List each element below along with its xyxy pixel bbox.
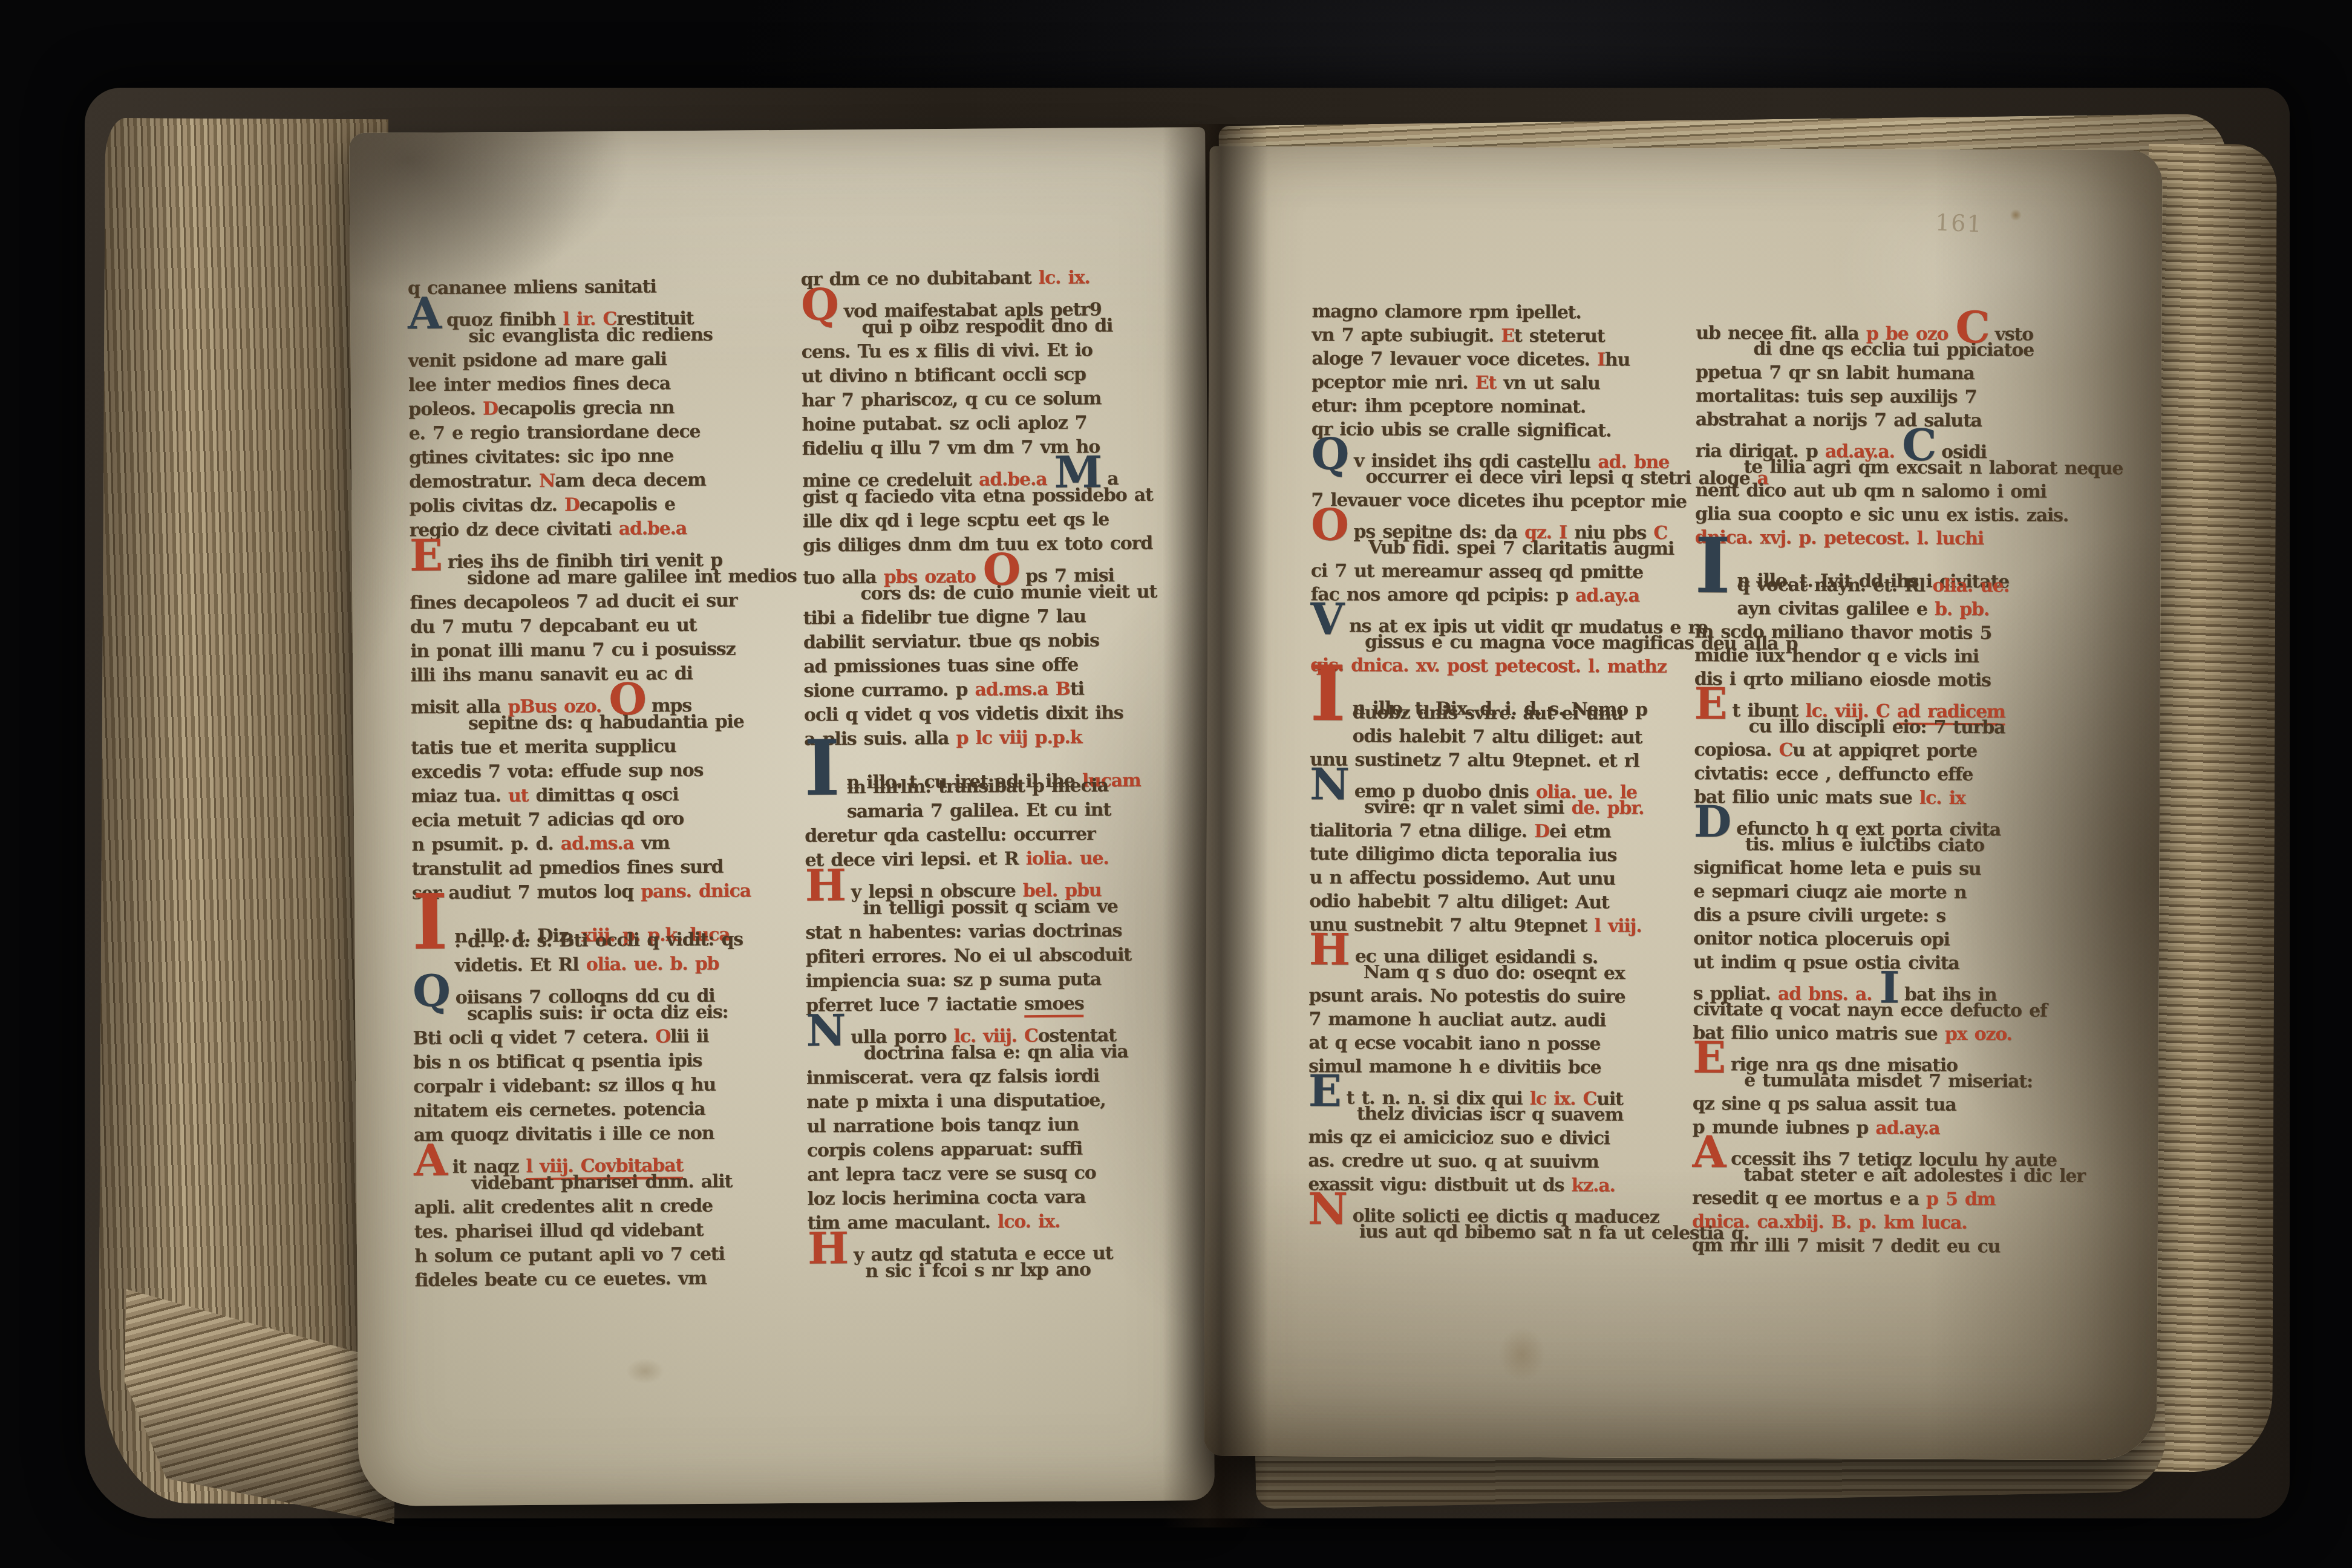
text-run: Et [1475, 372, 1496, 393]
manuscript-line: e. 7 e regio transiordane dece [408, 420, 759, 447]
text-run: fines decapoleos 7 ad ducit ei sur [410, 590, 737, 614]
text-run: n psumit. p. d. [411, 834, 561, 856]
manuscript-line: as. credre ut suo. q at suuivm [1308, 1150, 1695, 1175]
illuminated-initial: E [410, 529, 442, 581]
text-run: olia. ue. b. pb [586, 953, 719, 976]
text-run: vm [634, 832, 670, 854]
text-run: ti [1070, 679, 1084, 700]
manuscript-line: dis i qrto miliano eiosde motis [1694, 668, 2057, 694]
manuscript-line: pferret luce 7 iactatie smoes [806, 992, 1196, 1019]
manuscript-line: qr icio ubis se cralle significat. [1312, 419, 1699, 444]
manuscript-line: unu sustinetz 7 altu 9tepnet. et rl [1310, 749, 1697, 774]
manuscript-line: Hy autz qd statuta e ecce ut [808, 1234, 1198, 1261]
text-run: corpalr i videbant: sz illos q hu [413, 1074, 716, 1097]
text-run: 7 mamone h aucliat autz. audi [1308, 1008, 1606, 1031]
manuscript-line: s ppliat. ad bns. a. Ibat ihs in [1693, 975, 2056, 1001]
text-run: vn ut salu [1496, 373, 1600, 394]
manuscript-line: unu sustnebit 7 altu 9tepnet l viij. [1309, 914, 1696, 939]
text-run: civitate q vocat nayn ecce defucto ef [1693, 999, 2047, 1022]
text-run: cu illo discipli eio: 7 turba [1748, 716, 2005, 738]
manuscript-line: etur: ihm pceptore nominat. [1312, 395, 1699, 420]
text-run: excedis 7 vota: effude sup nos [411, 760, 703, 783]
manuscript-line: e sepmari ciuqz aie morte n [1693, 881, 2056, 906]
text-run: deretur qda castellu: occurrer [805, 823, 1095, 846]
manuscript-line: qis. dnica. xv. post petecost. l. mathz [1310, 655, 1697, 680]
manuscript-line: civtatis: ecce , deffuncto effe [1694, 763, 2057, 788]
text-run: Nam q s duo do: oseqnt ex [1364, 962, 1625, 984]
text-run: onitor notica ploceruis opi [1693, 928, 1950, 950]
text-run: fideles beate cu ce euetes. vm [414, 1268, 707, 1291]
manuscript-line: nitatem eis cernetes. potencia [413, 1098, 764, 1125]
text-run: demostratur. [409, 471, 539, 492]
text-run: abstrahat a norijs 7 ad saluta [1696, 409, 1982, 431]
manuscript-line: tes. pharisei illud qd videbant [414, 1219, 765, 1246]
text-run: dnica. ca.xbij. B. p. km luca. [1692, 1211, 1967, 1233]
text-run: ecia metuit 7 adicias qd oro [411, 808, 684, 831]
manuscript-line: fac nos amore qd pcipis: p ad.ay.a [1310, 584, 1697, 609]
text-run: ecapolis grecia nn [498, 397, 675, 419]
manuscript-line: regio dz dece civitati ad.be.a [410, 517, 760, 544]
manuscript-line: du 7 mutu 7 depcabant eu ut [410, 614, 761, 641]
illuminated-initial: I [1310, 648, 1345, 738]
manuscript-line: qz sine q ps salua assit tua [1693, 1093, 2056, 1119]
manuscript-line: civitate q vocat nayn ecce defucto ef [1693, 999, 2056, 1024]
manuscript-line: ser audiut 7 mutos loq pans. dnica [412, 880, 763, 907]
manuscript-line: in scdo miliano thavor motis 5 [1694, 621, 2057, 647]
manuscript-line: et dece viri lepsi. et R iolia. ue. [805, 847, 1195, 874]
manuscript-line: miaz tua. ut dimittas q osci [411, 783, 762, 810]
text-run: D [564, 494, 580, 515]
text-run: thelz divicias iscr q suavem [1357, 1103, 1623, 1126]
text-run: qm mr illi 7 misit 7 dedit eu cu [1692, 1235, 2000, 1257]
manuscript-line: u n affectu possidemo. Aut unu [1309, 867, 1696, 892]
manuscript-line: dnica. ca.xbij. B. p. km luca. [1692, 1211, 2055, 1236]
manuscript-line: hoine putabat. sz ocli aploz 7 [802, 411, 1192, 439]
manuscript-line: impiencia sua: sz p suma puta [806, 968, 1196, 995]
text-run: pans. dnica [641, 880, 751, 902]
text-run: dnica. xvj. p. petecost. l. luchi [1695, 527, 1984, 549]
manuscript-text-column-2: qr dm ce no dubitabant lc. ix.Qvod maife… [801, 266, 1198, 1297]
manuscript-line: exassit vigu: distbuit ut ds kz.a. [1308, 1174, 1695, 1199]
text-run: nitatem eis cernetes. potencia [413, 1099, 705, 1122]
text-run: corpis colens apparuat: suffi [807, 1138, 1082, 1161]
illuminated-initial: A [1692, 1126, 1725, 1177]
manuscript-line: Et ibunt lc. viij. C ad radicem [1694, 692, 2057, 717]
manuscript-line: thelz divicias iscr q suavem [1308, 1103, 1696, 1128]
manuscript-text-column-1: q cananee mliens sanitatiAquoz finibh l … [408, 275, 766, 1318]
text-run: px ozo. [1945, 1024, 2012, 1045]
manuscript-text-column-3: magno clamore rpm ipellet.vn 7 apte subi… [1308, 301, 1699, 1258]
manuscript-line: ci 7 ut mereamur asseq qd pmitte [1311, 560, 1698, 586]
text-run: iolia. ue. [1025, 848, 1108, 869]
manuscript-line: bat filio unic mats sue lc. ix [1694, 786, 2057, 812]
text-run: D [1534, 821, 1549, 842]
illuminated-initial: I [804, 723, 840, 812]
text-run: lee inter medios fines deca [408, 373, 670, 396]
text-run: O [655, 1026, 670, 1047]
manuscript-line: In illo. t. Dix. d. i. d. s. Nemo p [1310, 678, 1697, 704]
text-run: ecapolis e [580, 494, 675, 515]
text-run: at q ecse vocabit iano n posse [1308, 1032, 1600, 1054]
illuminated-initial: C [1902, 419, 1936, 471]
illuminated-initial: E [1694, 678, 1727, 729]
text-run: in scdo miliano thavor motis 5 [1694, 621, 1991, 644]
manuscript-line: onitor notica ploceruis opi [1693, 928, 2056, 953]
manuscript-line: Hy lepsi n obscure bel. pbu [805, 871, 1195, 898]
text-run: am deca decem [555, 469, 706, 492]
manuscript-line: ecia metuit 7 adicias qd oro [411, 808, 762, 834]
text-run: qz sine q ps salua assit tua [1693, 1093, 1956, 1116]
text-run: tute diligimo dicta teporalia ius [1310, 843, 1617, 866]
text-run: bat filio unico matris sue [1693, 1022, 1945, 1045]
manuscript-line: lee inter medios fines deca [408, 372, 759, 399]
text-run: apli. alit credentes alit n crede [414, 1195, 713, 1218]
text-run: I [1597, 349, 1605, 370]
text-run: e tumulata misdet 7 miseriat: [1744, 1070, 2033, 1092]
manuscript-line: magno clamore rpm ipellet. [1312, 301, 1699, 326]
manuscript-line: simul mamone h e divitiis bce [1308, 1056, 1696, 1081]
manuscript-line: dis a psure civili urgete: s [1693, 904, 2056, 930]
manuscript-line: polis civitas dz. Decapolis e [409, 493, 760, 520]
left-page: q cananee mliens sanitatiAquoz finibh l … [349, 127, 1215, 1506]
manuscript-line: venit psidone ad mare gali [408, 348, 759, 374]
text-run: ad pmissiones tuas sine offe [803, 655, 1078, 678]
text-run: etur: ihm pceptore nominat. [1312, 395, 1586, 417]
manuscript-line: tatis tue et merita supplicu [411, 735, 762, 762]
text-run: tatis tue et merita supplicu [411, 736, 676, 759]
manuscript-line: fideles beate cu ce euetes. vm [414, 1267, 765, 1294]
text-run: impiencia sua: sz p suma puta [806, 969, 1101, 991]
manuscript-line: tabat steter e ait adolestes i dic ler [1692, 1164, 2055, 1189]
manuscript-line: nent dico aut ub qm n salomo i omi [1695, 480, 2058, 505]
illuminated-initial: H [808, 1222, 848, 1273]
text-run: miaz tua. [411, 785, 508, 807]
text-run: tibi a fidelibr tue digne 7 lau [803, 606, 1086, 629]
text-run: qis. dnica. xv. post petecost. l. mathz [1310, 655, 1667, 678]
manuscript-line: glia sua coopto e sic unu ex istis. zais… [1695, 503, 2058, 529]
text-run: kz.a. [1571, 1175, 1615, 1196]
manuscript-line: Defuncto h q ext porta civita [1694, 810, 2057, 835]
stain [2008, 207, 2024, 223]
text-run: q cananee mliens sanitati [408, 276, 656, 299]
manuscript-line: mine ce credeluit ad.be.a Ma [802, 460, 1192, 487]
text-run: as. credre ut suo. q at suuivm [1308, 1150, 1598, 1172]
manuscript-line: ant lepra tacz vere se susq co [807, 1161, 1197, 1189]
text-run: qr icio ubis se cralle significat. [1312, 419, 1612, 441]
manuscript-text-column-4: ub necee fit. alla p be ozo Cvstodi dne … [1692, 315, 2059, 1272]
illuminated-initial: M [1054, 446, 1102, 498]
illuminated-initial: V [1310, 593, 1344, 644]
text-run: svire: qr n valet simi [1364, 797, 1572, 818]
manuscript-line: Eries ihs de finibh tiri venit p [410, 541, 760, 568]
manuscript-line: ul narratione bois tanqz iun [806, 1113, 1197, 1140]
text-run: sidone ad mare galilee int medios [467, 566, 796, 589]
text-run: tes. pharisei illud qd videbant [414, 1220, 704, 1243]
manuscript-line: Aquoz finibh l ir. Crestituit [408, 299, 759, 326]
manuscript-line: dabilit serviatur. tbue qs nobis [803, 629, 1194, 656]
manuscript-line: aloge 7 levauer voce dicetes. Ihu [1312, 348, 1699, 373]
text-run: N [539, 471, 555, 492]
manuscript-line: Nolite solicti ee dictis q maducez [1308, 1197, 1695, 1223]
manuscript-line: 7 mamone h aucliat autz. audi [1308, 1008, 1696, 1034]
manuscript-line: psunt arais. No potestis do suire [1309, 985, 1696, 1010]
manuscript-line: fideliu q illu 7 vm dm 7 vm ho [802, 436, 1192, 463]
text-run: u at appiqret porte [1792, 740, 1977, 762]
folio-number: 161 [1935, 209, 1983, 237]
text-run: D [483, 398, 498, 419]
manuscript-line: cens. Tu es x filis di vivi. Et io [802, 339, 1192, 366]
text-run: sione curramo. p [803, 679, 975, 702]
text-run: doctrina falsa e: qn alia via [864, 1041, 1128, 1064]
manuscript-line: videtis. Et Rl olia. ue. b. pb [413, 953, 763, 979]
text-run: qui p oibz respodit dno di [861, 315, 1112, 338]
manuscript-line: corpalr i videbant: sz illos q hu [413, 1074, 764, 1100]
manuscript-line: ocli q videt q vos videtis dixit ihs [804, 702, 1194, 729]
text-run: in telligi possit q sciam ve [863, 896, 1118, 919]
text-run: significat home leta e puis su [1693, 857, 1981, 880]
text-run: ci 7 ut mereamur asseq qd pmitte [1311, 560, 1643, 583]
manuscript-line: ille dix qd i lege scptu eet qs le [802, 508, 1192, 535]
text-run: illi ihs manu sanavit eu ac di [410, 663, 693, 686]
page-stack-right-edge [2144, 144, 2277, 1472]
text-run: hoine putabat. sz ocli aploz 7 [802, 412, 1086, 435]
text-run: ad.be.a [618, 518, 687, 540]
illuminated-initial: I [1694, 521, 1730, 610]
manuscript-line: stat n habentes: varias doctrinas [805, 920, 1195, 947]
text-run: exassit vigu: distbuit ut ds [1308, 1174, 1571, 1196]
text-run: du 7 mutu 7 depcabant eu ut [410, 615, 697, 638]
manuscript-line: midie iux hendor q e vicls ini [1694, 645, 2057, 670]
manuscript-line: pfiteri errores. No ei ul abscoduit [806, 944, 1196, 971]
manuscript-line: samaria 7 galilea. Et cu int [805, 799, 1195, 826]
text-run: ppetua 7 qr sn labit humana [1696, 362, 1975, 384]
manuscript-line: qm mr illi 7 misit 7 dedit eu cu [1692, 1235, 2055, 1260]
illuminated-initial: Q [413, 965, 450, 1016]
text-run: dis i qrto miliano eiosde motis [1694, 668, 1991, 691]
illuminated-initial: H [805, 859, 845, 910]
manuscript-line: Hec una diliget esidandi s. [1309, 938, 1696, 963]
open-manuscript-book: q cananee mliens sanitatiAquoz finibh l … [0, 0, 2352, 1568]
manuscript-line: Vns at ex ipis ut vidit qr mudatus e re [1310, 607, 1697, 633]
text-run: tialitoria 7 etna dilige. [1310, 820, 1534, 842]
text-run: B [1056, 679, 1070, 700]
manuscript-line: poleos. Decapolis grecia nn [408, 396, 759, 423]
manuscript-line: cu illo discipli eio: 7 turba [1694, 716, 2057, 741]
text-run: lco. ix. [998, 1211, 1060, 1233]
text-run: ut indim q psue ostia civita [1693, 952, 1959, 974]
text-run: p [956, 728, 975, 749]
text-run: mortalitas: tuis sep auxilijs 7 [1696, 385, 1976, 408]
text-run: copiosa. [1694, 739, 1779, 761]
manuscript-line: fines decapoleos 7 ad ducit ei sur [410, 590, 760, 616]
text-run: Bti ocli q videt 7 cetera. [413, 1026, 655, 1049]
illuminated-initial: H [1309, 923, 1350, 975]
text-run: cens. Tu es x filis di vivi. Et io [802, 339, 1093, 362]
text-run: nent dico aut ub qm n salomo i omi [1695, 480, 2047, 503]
manuscript-line: . d. i. d. s. Bti occli q vidit: qs [412, 929, 763, 955]
text-run: h solum ce putant apli vo 7 ceti [414, 1244, 725, 1267]
text-run: in ihrlm: transibat p mecia [847, 775, 1108, 798]
text-run: ut divino n btificant occli scp [802, 364, 1086, 387]
manuscript-line: gissus e cu magna voce magificas deu all… [1310, 631, 1697, 656]
text-run: ad.ay.a [1875, 1117, 1939, 1138]
illuminated-initial: I [1879, 961, 1899, 1013]
manuscript-line: Nam q s duo do: oseqnt ex [1309, 961, 1696, 987]
manuscript-line: apli. alit credentes alit n crede [414, 1195, 765, 1221]
manuscript-line: Nulla porro lc. viij. Costentat [806, 1016, 1196, 1044]
manuscript-line: q vocat nayn. et. Rl olia. ue. [1694, 574, 2057, 599]
manuscript-line: ut indim q psue ostia civita [1693, 952, 2056, 977]
text-run: civtatis: ecce , deffuncto effe [1694, 763, 1973, 785]
text-run: ant lepra tacz vere se susq co [807, 1162, 1096, 1185]
manuscript-line: odio habebit 7 altu diliget: Aut [1309, 890, 1696, 916]
illuminated-initial: N [1308, 1183, 1347, 1234]
text-run: smoes [1024, 993, 1084, 1018]
text-run: de. pbr. [1571, 797, 1644, 819]
manuscript-line: har 7 phariscoz, q cu ce solum [802, 387, 1192, 414]
manuscript-line: ius aut qd bibemo sat n fa ut celestia q… [1308, 1221, 1695, 1246]
manuscript-line: Ait naqz l viij. Covbitabat [414, 1146, 765, 1173]
manuscript-line: tis. mlius e iulctibs ciato [1694, 834, 2057, 859]
manuscript-line: Bti ocli q videt 7 cetera. Olii ii [413, 1025, 763, 1052]
manuscript-line: am quoqz divitatis i ille ce non [414, 1122, 765, 1149]
text-run: bis n os btificat q psentia ipis [413, 1050, 702, 1073]
manuscript-line: illi ihs manu sanavit eu ac di [410, 662, 761, 689]
manuscript-line: tuo alla pbs ozato Ops 7 misi [803, 557, 1193, 584]
text-run: sepitne ds: q habudantia pie [468, 711, 744, 734]
text-run: tabat steter e ait adolestes i dic ler [1743, 1164, 2085, 1186]
text-run: videbant pharisei dnm. alit [471, 1171, 732, 1194]
text-run: in ponat illi manu 7 cu i posuissz [410, 639, 735, 662]
manuscript-line: Accessit ihs 7 tetiqz loculu hy aute [1692, 1140, 2055, 1166]
text-run: lc viij [975, 727, 1034, 749]
manuscript-line: pceptor mie nri. Et vn ut salu [1312, 371, 1699, 397]
text-run: b. pb. [1935, 599, 1989, 620]
manuscript-line: p munde iubnes p ad.ay.a [1693, 1117, 2056, 1142]
text-run: di dne qs ecclia tui ppiciatoe [1753, 338, 2034, 361]
manuscript-line: in ponat illi manu 7 cu i posuissz [410, 638, 761, 665]
text-run: . d. i. d. s. Bti occli q vidit: qs [454, 929, 743, 952]
text-run: tis. mlius e iulctibs ciato [1745, 834, 1984, 856]
manuscript-line: nate p mixta i una disputatioe, [806, 1089, 1197, 1116]
manuscript-line: tialitoria 7 etna dilige. Dei etm [1310, 820, 1697, 845]
manuscript-line: e tumulata misdet 7 miseriat: [1693, 1070, 2056, 1095]
text-run: har 7 phariscoz, q cu ce solum [802, 388, 1101, 411]
text-run: scaplis suis: ir octa diz eis: [467, 1002, 728, 1025]
text-run: unu sustinetz 7 altu 9tepnet. et rl [1310, 749, 1639, 771]
text-run: loz locis herimina cocta vara [807, 1187, 1085, 1210]
stain [1489, 1315, 1556, 1394]
text-run: unu sustnebit 7 altu 9tepnet [1309, 914, 1595, 936]
text-run: glia sua coopto e sic unu ex istis. zais… [1695, 503, 2068, 526]
manuscript-line: tim ame maculant. lco. ix. [808, 1210, 1198, 1237]
text-run: ei etm [1549, 821, 1611, 842]
text-run: lii ii [670, 1026, 708, 1047]
illuminated-initial: N [1310, 758, 1349, 809]
manuscript-line: te lilia agri qm excsait n laborat neque [1695, 456, 2058, 482]
text-run: lc. ix. [1039, 267, 1090, 289]
manuscript-line: bis n os btificat q psentia ipis [413, 1050, 764, 1076]
manuscript-line: vn 7 apte subiugit. Et steterut [1312, 324, 1699, 350]
text-run: stat n habentes: varias doctrinas [805, 920, 1122, 944]
text-run: olia. ue. [1932, 575, 2009, 597]
illuminated-initial: A [408, 287, 441, 339]
text-run: vn 7 apte subiugit. [1312, 324, 1501, 346]
illuminated-initial: I [412, 877, 448, 967]
text-run: ad.ay.a [1575, 585, 1639, 606]
manuscript-line: q cananee mliens sanitati [408, 275, 759, 302]
text-run: ille dix qd i lege scptu eet qs le [802, 509, 1109, 532]
manuscript-line: In illo. t. Ivit dd ihs i civitate [1695, 550, 2058, 576]
manuscript-line: in telligi possit q sciam ve [805, 895, 1195, 923]
manuscript-line: Qvod maifestabat apls petr9 [801, 290, 1191, 318]
text-run: psunt arais. No potestis do suire [1309, 985, 1625, 1007]
text-run: inmiscerat. vera qz falsis iordi [806, 1065, 1099, 1088]
manuscript-line: transtulit ad pmedios fines surd [411, 856, 762, 883]
text-run: midie iux hendor q e vicls ini [1694, 645, 1979, 667]
text-run: venit psidone ad mare gali [408, 348, 667, 371]
manuscript-line: abstrahat a norijs 7 ad saluta [1696, 409, 2059, 434]
text-run: mis qz ei amicicioz suo e divici [1308, 1126, 1610, 1149]
manuscript-line: significat home leta e puis su [1693, 857, 2056, 883]
text-run: hu [1605, 349, 1630, 370]
manuscript-line: 7 levauer voce dicetes ihu pceptor mie [1311, 489, 1698, 515]
manuscript-line: Erige nra qs dne misatio [1693, 1046, 2056, 1071]
illuminated-initial: E [1308, 1065, 1341, 1116]
text-run: q vocat nayn. et. Rl [1737, 574, 1932, 596]
manuscript-line: In illo. t. Diz. xiij. p. p.k. luca [412, 904, 763, 931]
manuscript-line: occurrer ei dece viri lepsi q stetri alo… [1311, 466, 1698, 491]
text-run: odis halebit 7 altu diliget: aut [1352, 726, 1642, 748]
illuminated-initial: D [1694, 795, 1731, 847]
text-run: odio habebit 7 altu diliget: Aut [1309, 890, 1609, 913]
text-run: transtulit ad pmedios fines surd [411, 857, 723, 880]
text-run: am quoqz divitatis i ille ce non [414, 1123, 714, 1146]
manuscript-line: h solum ce putant apli vo 7 ceti [414, 1243, 765, 1270]
manuscript-line: svire: qr n valet simi de. pbr. [1310, 796, 1697, 822]
text-run: Vub fidi. spei 7 claritatis augmi [1368, 537, 1674, 560]
text-run: ocli q videt q vos videtis dixit ihs [804, 702, 1123, 726]
manuscript-line: Ops sepitne ds: da qz. I niu pbs C [1311, 513, 1698, 538]
manuscript-line: loz locis herimina cocta vara [807, 1186, 1197, 1213]
text-run: samaria 7 galilea. Et cu int [847, 799, 1111, 822]
text-run: ayn civitas galilee e [1737, 598, 1935, 619]
manuscript-line: odis halebit 7 altu diliget: aut [1310, 725, 1697, 751]
text-run: duobz dnis svire. aut ei unu [1353, 702, 1624, 725]
manuscript-line: Et t. n. n. si dix qui lc ix. Cuit [1308, 1079, 1696, 1105]
text-run: fac nos amore qd pcipis: p [1310, 584, 1575, 606]
text-run: dimittas q osci [528, 784, 678, 806]
manuscript-line: tute diligimo dicta teporalia ius [1310, 843, 1697, 869]
illuminated-initial: Q [1311, 428, 1348, 479]
illuminated-initial: N [806, 1004, 845, 1056]
manuscript-line: mis qz ei amicicioz suo e divici [1308, 1126, 1695, 1152]
manuscript-line: mortalitas: tuis sep auxilijs 7 [1696, 385, 2059, 411]
text-run: pfiteri errores. No ei ul abscoduit [806, 944, 1132, 968]
manuscript-line: n psumit. p. d. ad.ms.a vm [411, 832, 762, 858]
manuscript-line: In illo. t cu iret ad il ihe lucam [804, 750, 1194, 777]
illuminated-initial: E [1693, 1031, 1725, 1083]
manuscript-line: corpis colens apparuat: suffi [807, 1137, 1197, 1165]
manuscript-line: ad pmissiones tuas sine offe [803, 653, 1194, 681]
manuscript-line: sione curramo. p ad.ms.a Bti [803, 678, 1194, 705]
illuminated-initial: Q [801, 278, 838, 330]
manuscript-line: ut divino n btificant occli scp [802, 363, 1192, 390]
manuscript-line: gist q faciedo vita etna possidebo at [802, 484, 1192, 511]
manuscript-line: bat filio unico matris sue px ozo. [1693, 1022, 2056, 1048]
manuscript-line: Qv insidet ihs qdi castellu ad. bne [1311, 442, 1698, 468]
text-run: dis a psure civili urgete: s [1693, 904, 1945, 927]
